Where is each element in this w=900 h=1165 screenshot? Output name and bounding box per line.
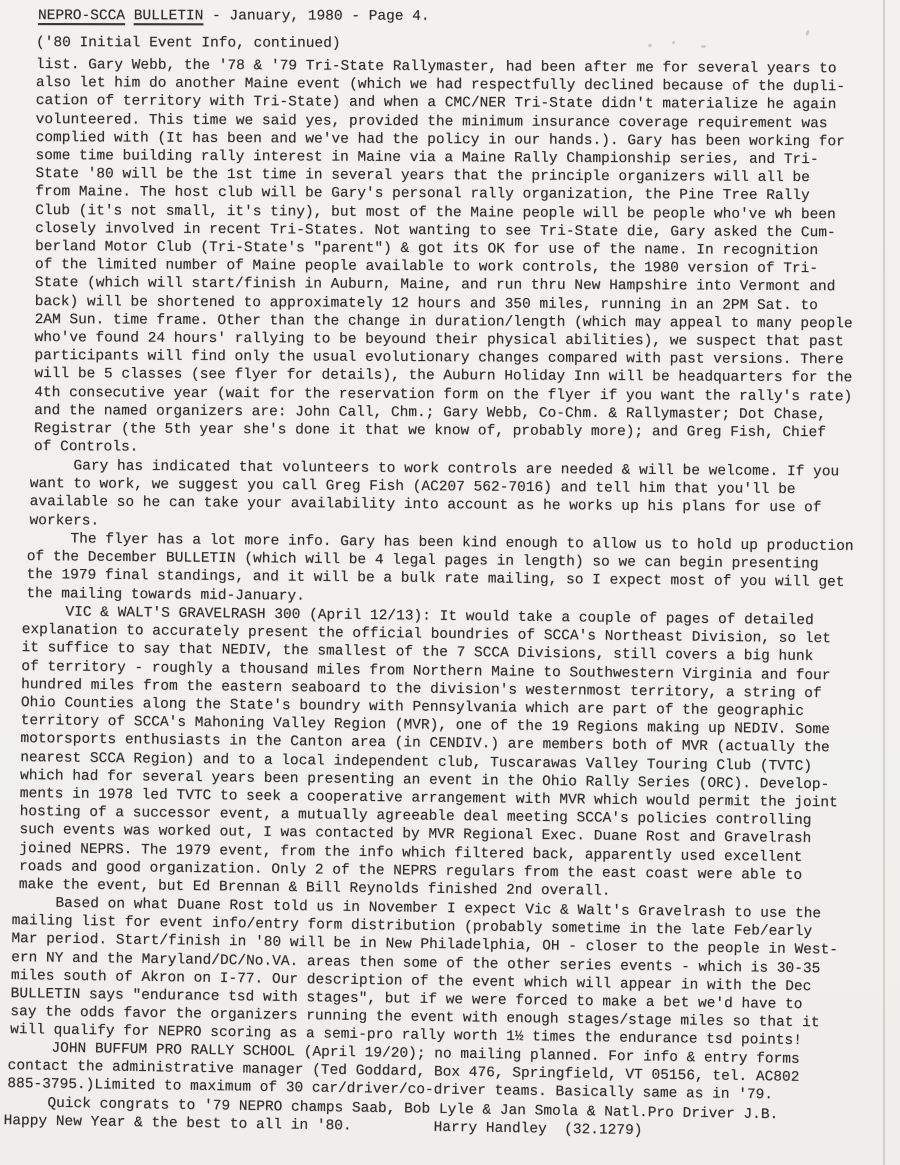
header-date-page: - January, 1980 - Page 4.	[203, 8, 429, 24]
author-signature: Harry Handley (32.1279)	[351, 1119, 642, 1140]
paragraph-tristate-continued: list. Gary Webb, the '78 & '79 Tri-State…	[34, 56, 900, 461]
continuation-note: ('80 Initial Event Info, continued)	[36, 34, 900, 54]
bulletin-title-word-2: BULLETIN	[134, 8, 204, 24]
bulletin-title-word-1: NEPRO-SCCA	[38, 8, 125, 24]
page-header: NEPRO-SCCA BULLETIN - January, 1980 - Pa…	[38, 7, 900, 27]
paragraph-gravelrash-300: VIC & WALT'S GRAVELRASH 300 (April 12/13…	[19, 603, 900, 904]
title-word-space	[125, 8, 134, 24]
paragraph-control-volunteers: Gary has indicated that volunteers to wo…	[29, 457, 900, 537]
bulletin-scanned-page: NEPRO-SCCA BULLETIN - January, 1980 - Pa…	[0, 0, 900, 1165]
bulletin-body: ('80 Initial Event Info, continued) list…	[0, 34, 900, 1130]
paragraph-flyer-mailing: The flyer has a lot more info. Gary has …	[26, 530, 900, 611]
paragraph-gravelrash-outlook: Based on what Duane Rost told us in Nove…	[10, 894, 900, 1052]
